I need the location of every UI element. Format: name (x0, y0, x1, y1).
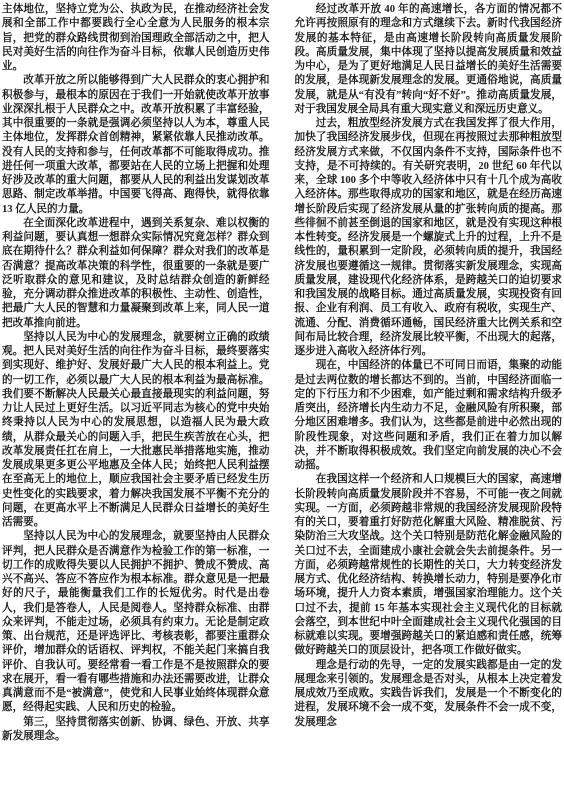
paragraph: 现在，中国经济的体量已不可同日而语，集聚的动能是过去两位数的增长都达不到的。当前… (295, 359, 563, 473)
document-page: 主体地位，坚持立党为公、执政为民，在推动经济社会发展和全部工作中都要践行全心全意… (0, 0, 564, 796)
paragraph: 坚持以人民为中心的发展理念，就要树立正确的政绩观。把人民对美好生活的向往作为奋斗… (2, 331, 270, 531)
paragraph: 改革开放之所以能够得到广大人民群众的衷心拥护和积极参与，最根本的原因在于我们一开… (2, 74, 270, 217)
right-column: 经过改革开放 40 年的高速增长，各方面的情况都不允许再按照原有的理念和方式继续… (295, 3, 563, 796)
paragraph-continuation: 主体地位，坚持立党为公、执政为民，在推动经济社会发展和全部工作中都要践行全心全意… (2, 3, 270, 74)
paragraph: 经过改革开放 40 年的高速增长，各方面的情况都不允许再按照原有的理念和方式继续… (295, 3, 563, 117)
paragraph-cutoff: 理念是行动的先导，一定的发展实践都是由一定的发展理念来引领的。发展理念是否对头，… (295, 659, 563, 730)
paragraph: 在全面深化改革进程中，遇到关系复杂、难以权衡的利益问题，要认真想一想群众实际情况… (2, 217, 270, 331)
paragraph: 过去，粗放型经济发展方式在我国发挥了很大作用，加快了我国经济发展步伐，但现在再按… (295, 117, 563, 359)
paragraph-section-heading: 第三，坚持贯彻落实创新、协调、绿色、开放、共享新发展理念。 (2, 716, 270, 745)
left-column: 主体地位，坚持立党为公、执政为民，在推动经济社会发展和全部工作中都要践行全心全意… (2, 3, 270, 796)
paragraph: 坚持以人民为中心的发展理念，就要坚持由人民群众评判，把人民群众是否满意作为检验工… (2, 530, 270, 715)
paragraph: 在我国这样一个经济和人口规模巨大的国家，高速增长阶段转向高质量发展阶段并不容易，… (295, 473, 563, 658)
